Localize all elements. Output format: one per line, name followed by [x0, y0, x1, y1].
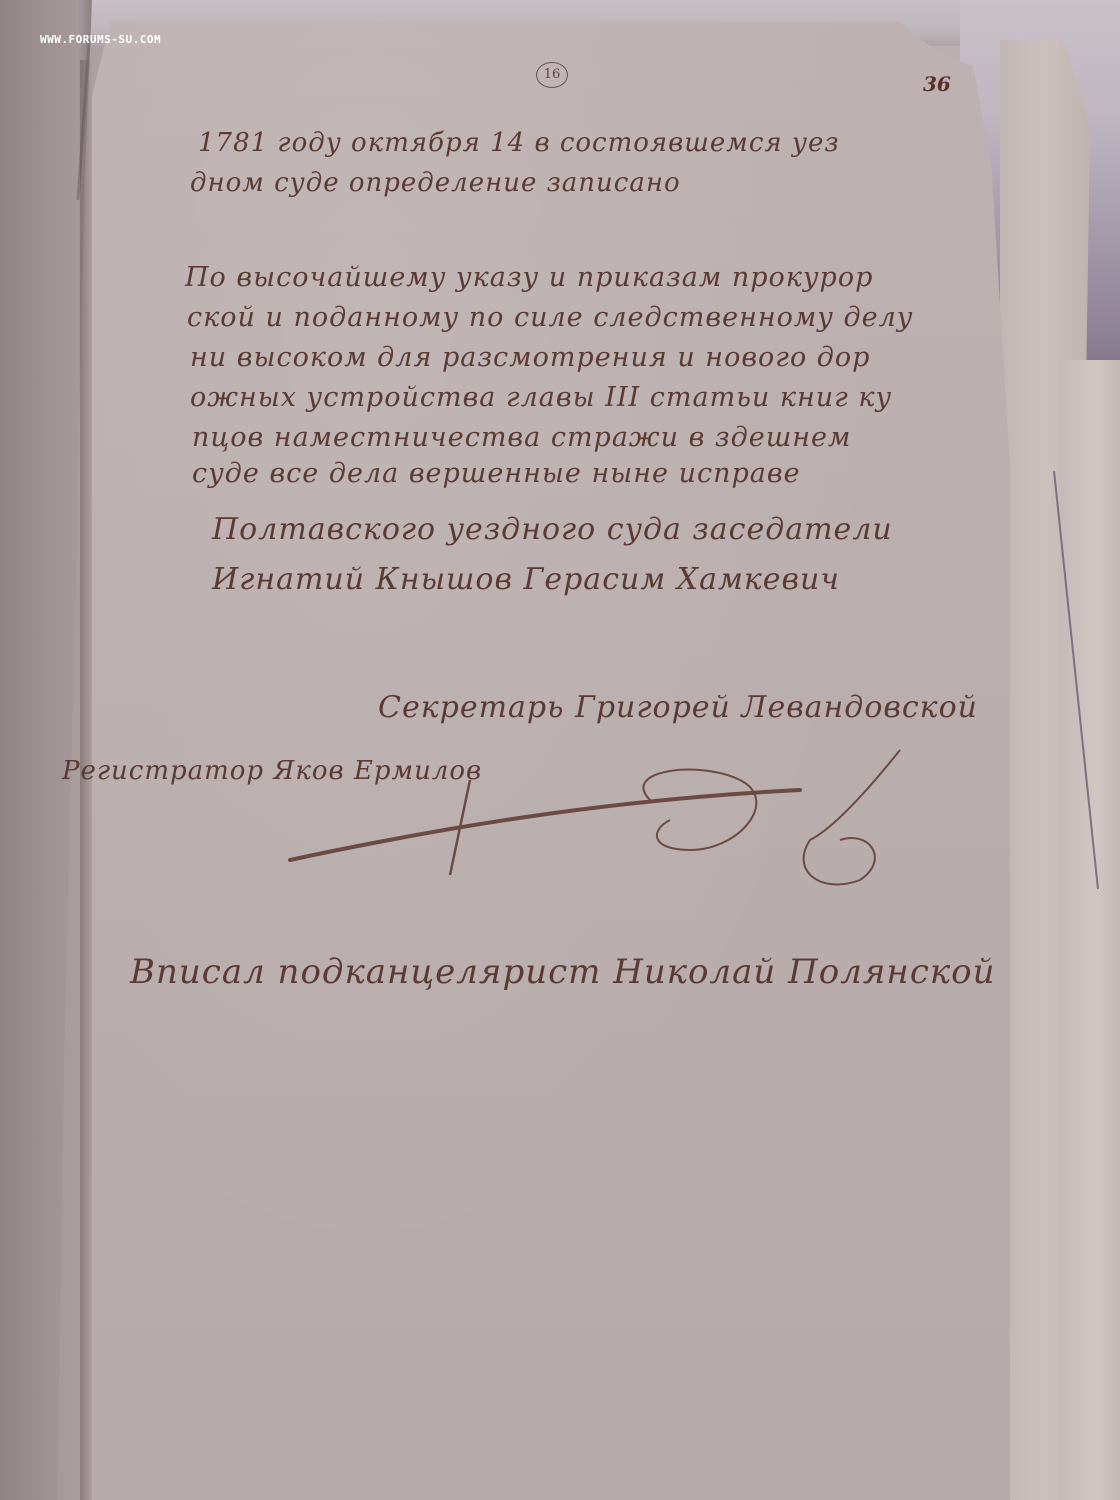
body-line-5: пцов наместничества стражи в здешнем — [192, 422, 851, 453]
document-photo: WWW.FORUMS-SU.COM 16 36 1781 году октябр… — [0, 0, 1120, 1500]
court-line-2: Игнатий Кнышов Герасим Хамкевич — [212, 562, 840, 597]
heading-line-1: 1781 году октября 14 в состоявшемся уез — [198, 128, 840, 158]
signature-clerk: Вписал подканцелярист Николай Полянской — [130, 952, 996, 992]
left-binding — [0, 0, 92, 1500]
body-line-6: суде все дела вершенные ныне исправе — [192, 458, 801, 489]
heading-line-2: дном суде определение записано — [190, 168, 681, 198]
body-line-3: ни высоком для разсмотрения и нового дор — [190, 342, 870, 373]
underlying-page-2 — [1060, 360, 1120, 1500]
court-line-1: Полтавского уездного суда заседатели — [212, 512, 893, 547]
circled-folio-number: 16 — [536, 62, 568, 88]
watermark: WWW.FORUMS-SU.COM — [40, 33, 161, 46]
signature-registrar: Регистратор Яков Ермилов — [62, 756, 482, 786]
signature-secretary: Секретарь Григорей Левандовской — [378, 690, 978, 725]
body-line-1: По высочайшему указу и приказам прокурор — [185, 262, 873, 293]
body-line-2: ской и поданному по силе следственному д… — [187, 302, 913, 333]
body-line-4: ожных устройства главы III статьи книг к… — [190, 382, 892, 413]
folio-page-number: 36 — [923, 72, 951, 96]
